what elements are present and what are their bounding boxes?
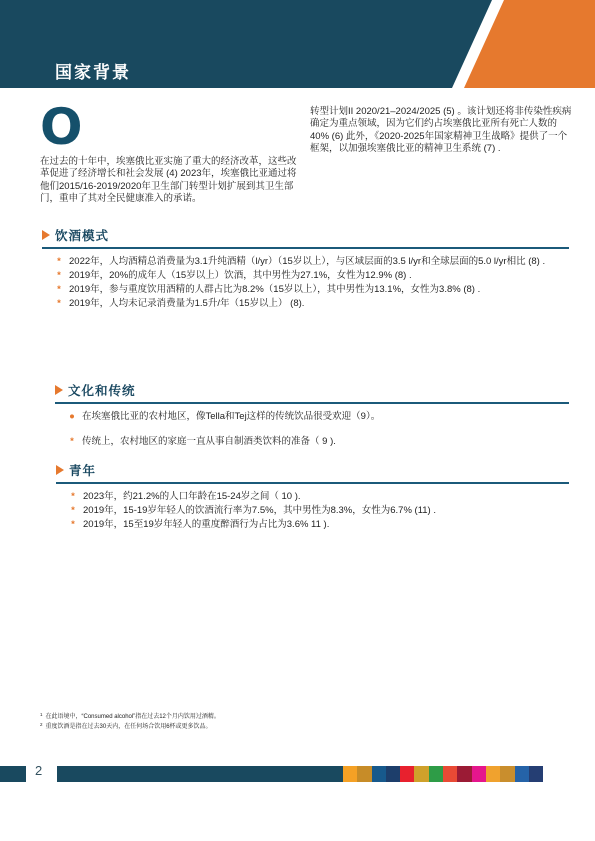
bullet-marker-icon: *	[70, 491, 76, 503]
sdg-color-strip	[343, 766, 543, 782]
sdg-color-square	[472, 766, 486, 782]
intro-left-paragraph: 在过去的十年中，埃塞俄比亚实施了重大的经济改革，这些改革促进了经济增长和社会发展…	[40, 156, 305, 205]
section-youth: 青年 * 2023年，约21.2%的人口年龄在15-24岁之间（ 10 ). *…	[56, 461, 569, 533]
bullet-item: * 2023年，约21.2%的人口年龄在15-24岁之间（ 10 ).	[70, 491, 569, 503]
footnote-marker: 2	[40, 722, 43, 727]
bullet-marker-icon: *	[56, 256, 62, 268]
bullet-text: 2019年，15-19岁年轻人的饮酒流行率为7.5%，其中男性为8.3%，女性为…	[83, 505, 569, 517]
section-culture-tradition: 文化和传统 ● 在埃塞俄比亚的农村地区，像Tella和Tej这样的传统饮品很受欢…	[55, 381, 569, 461]
bullet-text: 2022年，人均酒精总消费量为3.1升纯酒精（l/yr）（15岁以上），与区域层…	[69, 256, 569, 268]
sdg-color-square	[429, 766, 443, 782]
bullet-list: * 2022年，人均酒精总消费量为3.1升纯酒精（l/yr）（15岁以上），与区…	[42, 256, 569, 310]
section-arrow-icon	[42, 230, 50, 240]
page-number: 2	[35, 763, 42, 778]
section-arrow-icon	[56, 465, 64, 475]
bullet-text: 传统上，农村地区的家庭一直从事自制酒类饮料的准备（ 9 ).	[82, 436, 569, 448]
bullet-text: 2019年，15至19岁年轻人的重度醉酒行为占比为3.6% 11 ).	[83, 519, 569, 531]
sdg-color-square	[372, 766, 386, 782]
page-title: 国家背景	[55, 58, 131, 83]
section-title: 饮酒模式	[55, 226, 109, 244]
bullet-text: 在埃塞俄比亚的农村地区，像Tella和Tej这样的传统饮品很受欢迎（9）。	[82, 411, 569, 423]
bullet-marker-icon: *	[56, 270, 62, 282]
bullet-item: ● 在埃塞俄比亚的农村地区，像Tella和Tej这样的传统饮品很受欢迎（9）。	[69, 411, 569, 423]
bullet-item: * 2019年，人均未记录消费量为1.5升/年（15岁以上） (8).	[56, 298, 569, 310]
bullet-text: 2019年，参与重度饮用酒精的人群占比为8.2%（15岁以上），其中男性为13.…	[69, 284, 569, 296]
footer-bar	[57, 766, 343, 782]
footnote-marker: 1	[40, 712, 43, 717]
footnote-text: 在此语境中，“Consumed alcohol”指在过去12个月内饮用过酒精。	[46, 714, 220, 720]
section-title: 青年	[69, 461, 96, 479]
footer-accent-square	[0, 766, 26, 782]
bullet-marker-icon: ●	[69, 411, 75, 423]
sdg-color-square	[457, 766, 471, 782]
bullet-marker-icon: *	[70, 505, 76, 517]
bullet-list: * 2023年，约21.2%的人口年龄在15-24岁之间（ 10 ). * 20…	[56, 491, 569, 531]
report-page: 国家背景 O 在过去的十年中，埃塞俄比亚实施了重大的经济改革，这些改革促进了经济…	[0, 0, 595, 841]
sdg-color-square	[515, 766, 529, 782]
bullet-item: * 2019年，15至19岁年轻人的重度醉酒行为占比为3.6% 11 ).	[70, 519, 569, 531]
section-header: 文化和传统	[55, 381, 569, 404]
footnote: 1在此语境中，“Consumed alcohol”指在过去12个月内饮用过酒精。	[40, 712, 460, 722]
bullet-text: 2019年，人均未记录消费量为1.5升/年（15岁以上） (8).	[69, 298, 569, 310]
sdg-color-square	[400, 766, 414, 782]
bullet-list: ● 在埃塞俄比亚的农村地区，像Tella和Tej这样的传统饮品很受欢迎（9）。 …	[55, 411, 569, 448]
bullet-marker-icon: *	[56, 284, 62, 296]
section-title: 文化和传统	[68, 381, 136, 399]
bullet-item: * 传统上，农村地区的家庭一直从事自制酒类饮料的准备（ 9 ).	[69, 436, 569, 448]
bullet-text: 2023年，约21.2%的人口年龄在15-24岁之间（ 10 ).	[83, 491, 569, 503]
bullet-item: * 2022年，人均酒精总消费量为3.1升纯酒精（l/yr）（15岁以上），与区…	[56, 256, 569, 268]
sdg-color-square	[357, 766, 371, 782]
sdg-color-square	[500, 766, 514, 782]
section-drinking-patterns: 饮酒模式 * 2022年，人均酒精总消费量为3.1升纯酒精（l/yr）（15岁以…	[42, 226, 569, 312]
footnote: 2重度饮酒是指在过去30天内，在任何场合饮用6杯或更多饮品。	[40, 722, 460, 732]
sdg-color-square	[529, 766, 543, 782]
sdg-color-square	[414, 766, 428, 782]
footnotes: 1在此语境中，“Consumed alcohol”指在过去12个月内饮用过酒精。…	[40, 712, 460, 732]
intro-left-column: O 在过去的十年中，埃塞俄比亚实施了重大的经济改革，这些改革促进了经济增长和社会…	[40, 104, 305, 205]
section-arrow-icon	[55, 385, 63, 395]
section-header: 青年	[56, 461, 569, 484]
bullet-marker-icon: *	[70, 519, 76, 531]
dropcap-letter: O	[40, 104, 305, 150]
sdg-color-square	[486, 766, 500, 782]
sdg-color-square	[343, 766, 357, 782]
bullet-item: * 2019年，参与重度饮用酒精的人群占比为8.2%（15岁以上），其中男性为1…	[56, 284, 569, 296]
footnote-text: 重度饮酒是指在过去30天内，在任何场合饮用6杯或更多饮品。	[46, 724, 212, 730]
intro-right-paragraph: 转型计划II 2020/21–2024/2025 (5) 。该计划还将非传染性疾…	[310, 106, 573, 155]
bullet-text: 2019年，20%的成年人（15岁以上）饮酒，其中男性为27.1%，女性为12.…	[69, 270, 569, 282]
section-header: 饮酒模式	[42, 226, 569, 249]
bullet-item: * 2019年，15-19岁年轻人的饮酒流行率为7.5%，其中男性为8.3%，女…	[70, 505, 569, 517]
bullet-item: * 2019年，20%的成年人（15岁以上）饮酒，其中男性为27.1%，女性为1…	[56, 270, 569, 282]
sdg-color-square	[443, 766, 457, 782]
bullet-marker-icon: *	[69, 436, 75, 448]
sdg-color-square	[386, 766, 400, 782]
bullet-marker-icon: *	[56, 298, 62, 310]
intro-right-column: 转型计划II 2020/21–2024/2025 (5) 。该计划还将非传染性疾…	[310, 106, 573, 155]
